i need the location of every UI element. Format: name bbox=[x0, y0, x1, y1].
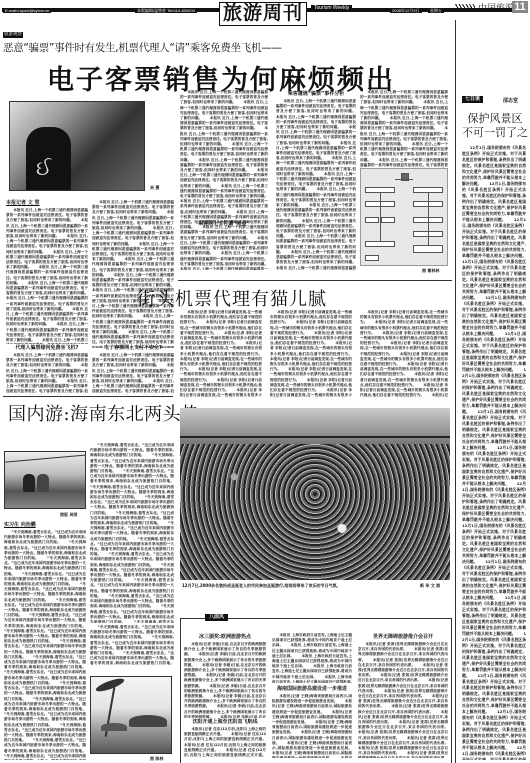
brief-body: 本报讯(记者 李娟)日前,在北京召开的欧洲旅游推介会上,多个欧洲国家展示了各自的… bbox=[184, 642, 266, 718]
lead-byline: 本报记者 文 管 bbox=[6, 200, 39, 207]
ski-lift-photo bbox=[4, 451, 86, 509]
sidebar-title: 保护风景区 不可一罚了之 bbox=[462, 112, 528, 140]
brief-body: 本报讯(记者 王晓)海南省旅游局日前表示,国际旅游岛建设将进一步促进旅游业发展。… bbox=[272, 694, 352, 758]
lead-subhead: 恶意“骗票”事件时有发生,机票代理人“请”乘客免费坐飞机—— bbox=[3, 40, 282, 55]
kicker-tag: 旅游观察 bbox=[3, 32, 23, 38]
sidebar-author: 邵志堂 bbox=[503, 97, 518, 104]
santa-crowd-photo bbox=[180, 408, 450, 580]
lead-column-3: 本报讯 近日,上海一个机票三通代理商因恶意骗票的一系列事件而被追究法律责任。电子… bbox=[180, 90, 268, 270]
beach-photo-credit: 图 陈林 bbox=[150, 756, 163, 762]
crowd-photo-credit: 新 华 文 图 bbox=[420, 583, 440, 589]
lead-column-2: 本报讯 近日,上海一个机票三通代理商因恶意骗票的一系列事件而被追究法律责任。电子… bbox=[92, 200, 174, 348]
lead-column-subhead-1: 代理人骗票缘何免费坐飞机? bbox=[6, 344, 88, 352]
masthead-editor: 本版编辑/温铁柱 Tel:010-850000 bbox=[135, 8, 197, 13]
lead-column-4: 本报讯 近日,上海一个机票三通代理商因恶意骗票的一系列事件而被追究法律责任。电子… bbox=[276, 99, 356, 271]
story2-headline: 街头机票代理有猫儿腻 bbox=[137, 285, 327, 311]
decorative-hatch bbox=[455, 4, 475, 10]
lead-column-5: 本报讯 近日,上海一个机票三通代理商因恶意骗票的一系列事件而被追究法律责任。电子… bbox=[360, 90, 448, 168]
story2-column-1: 本报讯(记者 李阳)记者日前调查发现,在一些城市的街头有很多小机票代理点,他们存… bbox=[180, 310, 262, 398]
lead-column-1: 本报讯 近日,上海一个机票三通代理商因恶意骗票的一系列事件而被追究法律责任。电子… bbox=[6, 208, 88, 344]
brief-body: 本报讯(记者 张茜)世界无障碍旅游推介会近日在北京召开,来自各国的代表出席。 本… bbox=[358, 642, 448, 758]
story2-column-3: 本报讯(记者 李阳)记者日前调查发现,在一些城市的街头有很多小机票代理点,他们存… bbox=[360, 310, 448, 398]
lead-column-2b: 本报讯 近日,上海一个机票三通代理商因恶意骗票的一系列事件而被追究法律责任。电子… bbox=[92, 353, 174, 395]
brief-body: 本报讯(记者 任东)12月初,沈阳与上海之间的旅游直航线路正式开通。 本报讯(记… bbox=[184, 727, 266, 757]
masthead-email: E-mail:Layout@sytcm.cn bbox=[3, 8, 51, 13]
sidebar-divider bbox=[455, 20, 456, 763]
skier-figure bbox=[37, 474, 49, 492]
page-number: 11 bbox=[512, 1, 528, 13]
news-brief-tag: 八面风 bbox=[205, 614, 228, 621]
divider bbox=[178, 280, 452, 281]
lead-column-subhead-3: 乘客网上支付遭“吸金” bbox=[180, 220, 268, 228]
story3-byline: 实习生 向治鹏 bbox=[4, 522, 36, 529]
story2-column-2: 本报讯(记者 李阳)记者日前调查发现,在一些城市的街头有很多小机票代理点,他们存… bbox=[270, 310, 352, 398]
kiosk-photo-credit: 吴 摄 bbox=[150, 185, 159, 191]
sidebar-title-line2: 不可一罚了之 bbox=[462, 126, 528, 140]
story3-column-2: “冬天到海南,看雪去东北。”这已成为近年来国内旅游市场冬季出游的一大特点。随着冬… bbox=[90, 443, 174, 623]
palm-frond bbox=[95, 676, 126, 694]
story3-column-1: “冬天到海南,看雪去东北。”这已成为近年来国内旅游市场冬季出游的一大特点。随着冬… bbox=[4, 530, 86, 760]
ticket-flow-diagram bbox=[360, 168, 448, 266]
brief-title: 沈阳开通上海至沈阳直飞航线 bbox=[184, 718, 266, 726]
beach-umbrella-photo bbox=[90, 676, 172, 754]
masthead-weekday: 星期五 bbox=[428, 8, 444, 13]
brief-title: 世界无障碍旅游推介会召开 bbox=[358, 633, 448, 641]
kiosk-photo: ઈ bbox=[9, 101, 145, 191]
diagram-person-icon bbox=[401, 173, 409, 181]
masthead-date: 2008年12月5日 bbox=[390, 8, 422, 13]
brief-body: 本报讯 上海市政府日前宣布,上海迪士尼主题乐园项目已获得批准,将成为中国内地首个… bbox=[272, 633, 352, 683]
section-title: 旅游周刊 bbox=[219, 2, 307, 26]
brief-title: 海南国际旅游岛建设进一步推进 bbox=[272, 685, 352, 693]
umbrella-icon bbox=[101, 723, 127, 731]
story3-column-2b: “冬天到海南,看雪去东北。”这已成为近年来国内旅游市场冬季出游的一大特点。随着冬… bbox=[90, 625, 174, 665]
sidebar-tag: 七日谈 bbox=[462, 96, 483, 103]
lead-column-head-4: 乘客遭遇“骗票”事件分析 bbox=[276, 90, 356, 98]
story3-headline: 国内游:海南东北两头热 bbox=[8, 400, 200, 426]
umbrella-icon bbox=[129, 715, 167, 727]
section-title-en: Tourism Weekly bbox=[311, 5, 352, 11]
airline-logo-icon: ઈ bbox=[36, 157, 58, 179]
divider bbox=[3, 396, 173, 397]
ski-photo-credit: 图版 吴雨 bbox=[60, 512, 77, 518]
lead-column-subhead-2: 电子客票网上支付不安全? bbox=[92, 344, 174, 352]
sidebar-body: 12月1日,国务院颁布的《风景名胜区条例》开始正式实施。对于风景名胜区的保护和管… bbox=[462, 145, 526, 760]
building-background bbox=[180, 408, 450, 444]
diagram-credit: 图 谢林林 bbox=[422, 268, 439, 274]
brief-title: 冰三颁奖:欧洲旅游热点 bbox=[184, 633, 266, 641]
lead-column-1b: 本报讯 近日,上海一个机票三通代理商因恶意骗票的一系列事件而被追究法律责任。电子… bbox=[6, 353, 88, 395]
skier-figure bbox=[23, 474, 35, 492]
sidebar-title-line1: 保护风景区 bbox=[462, 112, 528, 126]
crowd-photo-caption: 12月7日,2000余名装扮成圣诞老人的市民参加圣诞游行,给现场带来了欢乐的节日… bbox=[182, 583, 341, 589]
